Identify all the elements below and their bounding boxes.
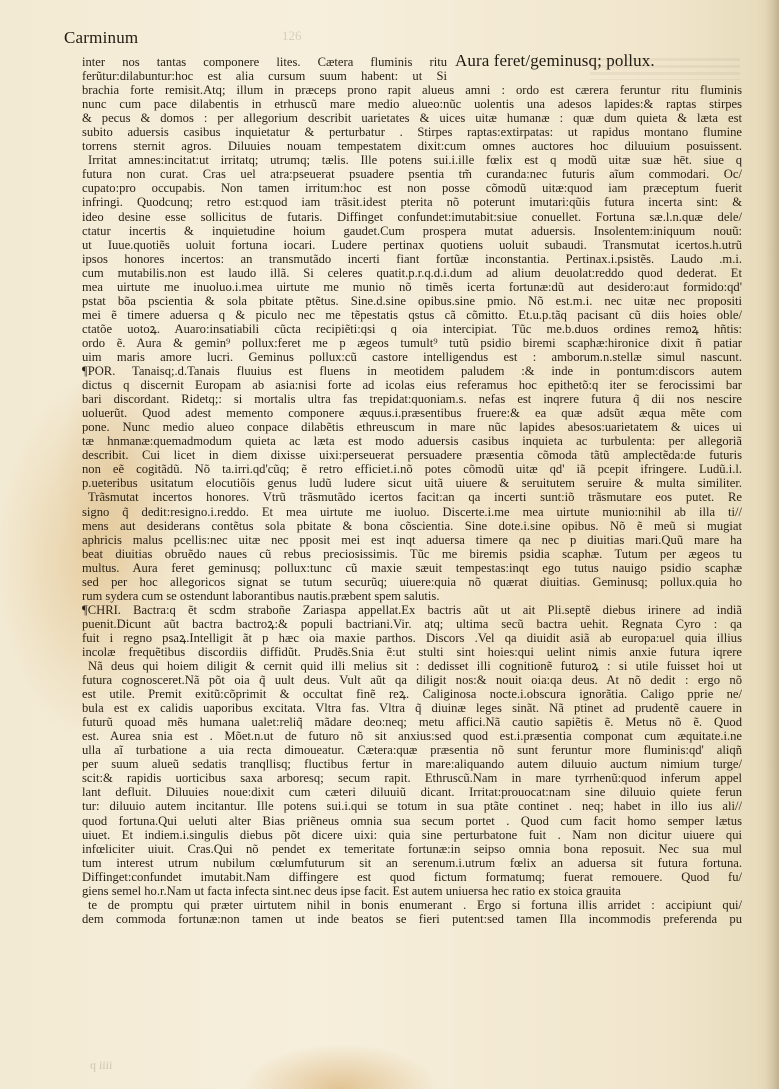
text-line: tur: diluuio autem incitantur. Ille pote… [82, 799, 742, 813]
page-edge-shadow [765, 0, 779, 1089]
text-line: signo q̃ dedit:resigno.i.reddo. Et mea u… [82, 505, 742, 519]
text-line: est. Aurea snia est . Mõet.n.ut de futur… [82, 729, 742, 743]
text-line: futurũ quoad mẽs humana ualet:reliq̃ mãd… [82, 715, 742, 729]
text-line: pstat bõa pscientia & sola pbitate ptẽtu… [82, 294, 742, 308]
text-line: Nã deus qui hoiem diligit & cernit quid … [82, 659, 742, 673]
folio-number-ghost: 126 [282, 28, 302, 44]
text-line: dem commoda fortunæ:non tamen ut inde be… [82, 912, 742, 926]
text-line: ferũtur:dilabuntur:hoc est alia cursum s… [82, 69, 447, 83]
text-line: rum sydera cum se ostendunt laborantibus… [82, 589, 742, 603]
text-line: non eẽ cogitãdũ. Nõ ta.irri.qd'cũq; ẽ re… [82, 462, 742, 476]
text-line: fuit i regno psaꝝ.Intelligit ãt p hæc oi… [82, 631, 742, 645]
text-line: ipsos honores incertos: an transmutãdo i… [82, 252, 742, 266]
text-line: Irritat amnes:incitat:ut irritatq; utrum… [82, 153, 742, 167]
text-line: & pecus & domos : per allegorium describ… [82, 111, 742, 125]
text-line: est utile. Premit exitũ:cõprimit & occul… [82, 687, 742, 701]
signature-mark-ghost: iiii p [90, 1058, 112, 1073]
running-head: Carminum [64, 28, 138, 48]
text-line: subito aduersis casibus inquietatur & pe… [82, 125, 742, 139]
text-line: mea uirtute me inuoluo.i.mea uirtute me … [82, 280, 742, 294]
text-line: uiuet. Et indiem.i.singulis diebus põt d… [82, 828, 742, 842]
text-line: inter nos tantas componere lites. Cætera… [82, 55, 447, 69]
text-line [82, 926, 742, 940]
text-line: pone. Nunc medio alueo conpace dilabẽtis… [82, 420, 742, 434]
text-line: multus. Aura feret geminusq; pollux:tunc… [82, 561, 742, 575]
text-line: bula est ex calidis uaporibus excitata. … [82, 701, 742, 715]
section-chri-line: ¶CHRI. Bactra:q ẽt scdm straboñe Zariasp… [82, 603, 742, 617]
text-line: puenit.Dicunt aũt bactra bactroꝝ:& popul… [82, 617, 742, 631]
text-line: aphricis malus pcellis:nec uitæ nec ppos… [82, 533, 742, 547]
text-line: tæ hnmanæ:quemadmodum quieta ac læta est… [82, 434, 742, 448]
text-line: ulla aĩ turbatione a uia recta dimoueatu… [82, 743, 742, 757]
text-line: describit. Cui licet in diem dixisse uix… [82, 448, 742, 462]
text-line: quod fortuna.Qui ueluti alter Bias priẽn… [82, 814, 742, 828]
manuscript-page: Carminum 126 Aura feret/geminusq; pollux… [0, 0, 779, 1089]
text-line: giens semel ho.r.Nam ut facta infecta si… [82, 884, 742, 898]
text-line: cupato:pro occupabis. Non tamen irritum:… [82, 181, 742, 195]
text-line: sed per hoc allegoricos signat se tutum … [82, 575, 742, 589]
text-line: p.ueteribus usitatum elocutiõis genus lu… [82, 476, 742, 490]
text-line: mens aut desiderans contẽtus sola pbitat… [82, 519, 742, 533]
section-por-line: ¶POR. Tanaisq;.d.Tanais fluuius est flue… [82, 364, 742, 378]
text-line: incolæ frequẽtibus discordiis diffidũt. … [82, 645, 742, 659]
text-line: per suum alueũ sedatis tranqllisq; fluct… [82, 757, 742, 771]
text-line: dictus q discernit Europam ab asia:nisi … [82, 378, 742, 392]
text-line: uim maris amore lucri. Geminus pollux:cũ… [82, 350, 742, 364]
text-line: te de promptu qui præter uirtutem nihil … [82, 898, 742, 912]
text-line: ut Iuue.quotiẽs uoluit fortuna iocari. L… [82, 238, 742, 252]
text-line: brachia forte remisit.Atq; illum in præc… [82, 83, 742, 97]
text-line: nunc cum pace dilabentis in etrhuscũ mar… [82, 97, 742, 111]
text-line: futura cognosceret.Nã põt oia q̃ uult de… [82, 673, 742, 687]
text-line: ideo desine esse sollicitus de futaris. … [82, 210, 742, 224]
text-line: cum mutabilis.non est laudo illã. Si cel… [82, 266, 742, 280]
text-line: ctatõe uotoꝝ. Auaro:insatiabili cũcta re… [82, 322, 742, 336]
text-line: futura non curat. Cras uel atra:pseuerat… [82, 167, 742, 181]
text-line: mei ẽ timere aduersa q & piculo nec me t… [82, 308, 742, 322]
text-line: Trãsmutat incertos honores. Vtrũ trãsmut… [82, 490, 742, 504]
text-line: ordo ẽ. Aura & gemin⁹ pollux:feret me p … [82, 336, 742, 350]
text-line: torrens sternit agros. Diluuies nouam te… [82, 139, 742, 153]
text-line: tum interest utrum nubilum cœlumfuturum … [82, 856, 742, 870]
text-line: infringi. Quodcunq; retro est:quod iam t… [82, 195, 742, 209]
text-line: ctatur incertis & inquietudine hoium gau… [82, 224, 742, 238]
text-line: uoluerũt. Quod adest memento componere æ… [82, 406, 742, 420]
text-line: scit:& rapidis uorticibus saxa arboresq;… [82, 771, 742, 785]
commentary-text-block: inter nos tantas componere lites. Cætera… [82, 55, 742, 954]
text-line [82, 940, 742, 954]
text-line: bari discordant. Ridetq;: si mortalis ul… [82, 392, 742, 406]
text-line: beat diuitias obruẽdo naues cũ rebus pre… [82, 547, 742, 561]
text-line: lant defluit. Diluuies noue:dixit cum cæ… [82, 785, 742, 799]
text-line: infœliciter uiuit. Cras.Qui nõ pendet ex… [82, 842, 742, 856]
text-line: Diffinget:confundet imutabit.Nam diffing… [82, 870, 742, 884]
